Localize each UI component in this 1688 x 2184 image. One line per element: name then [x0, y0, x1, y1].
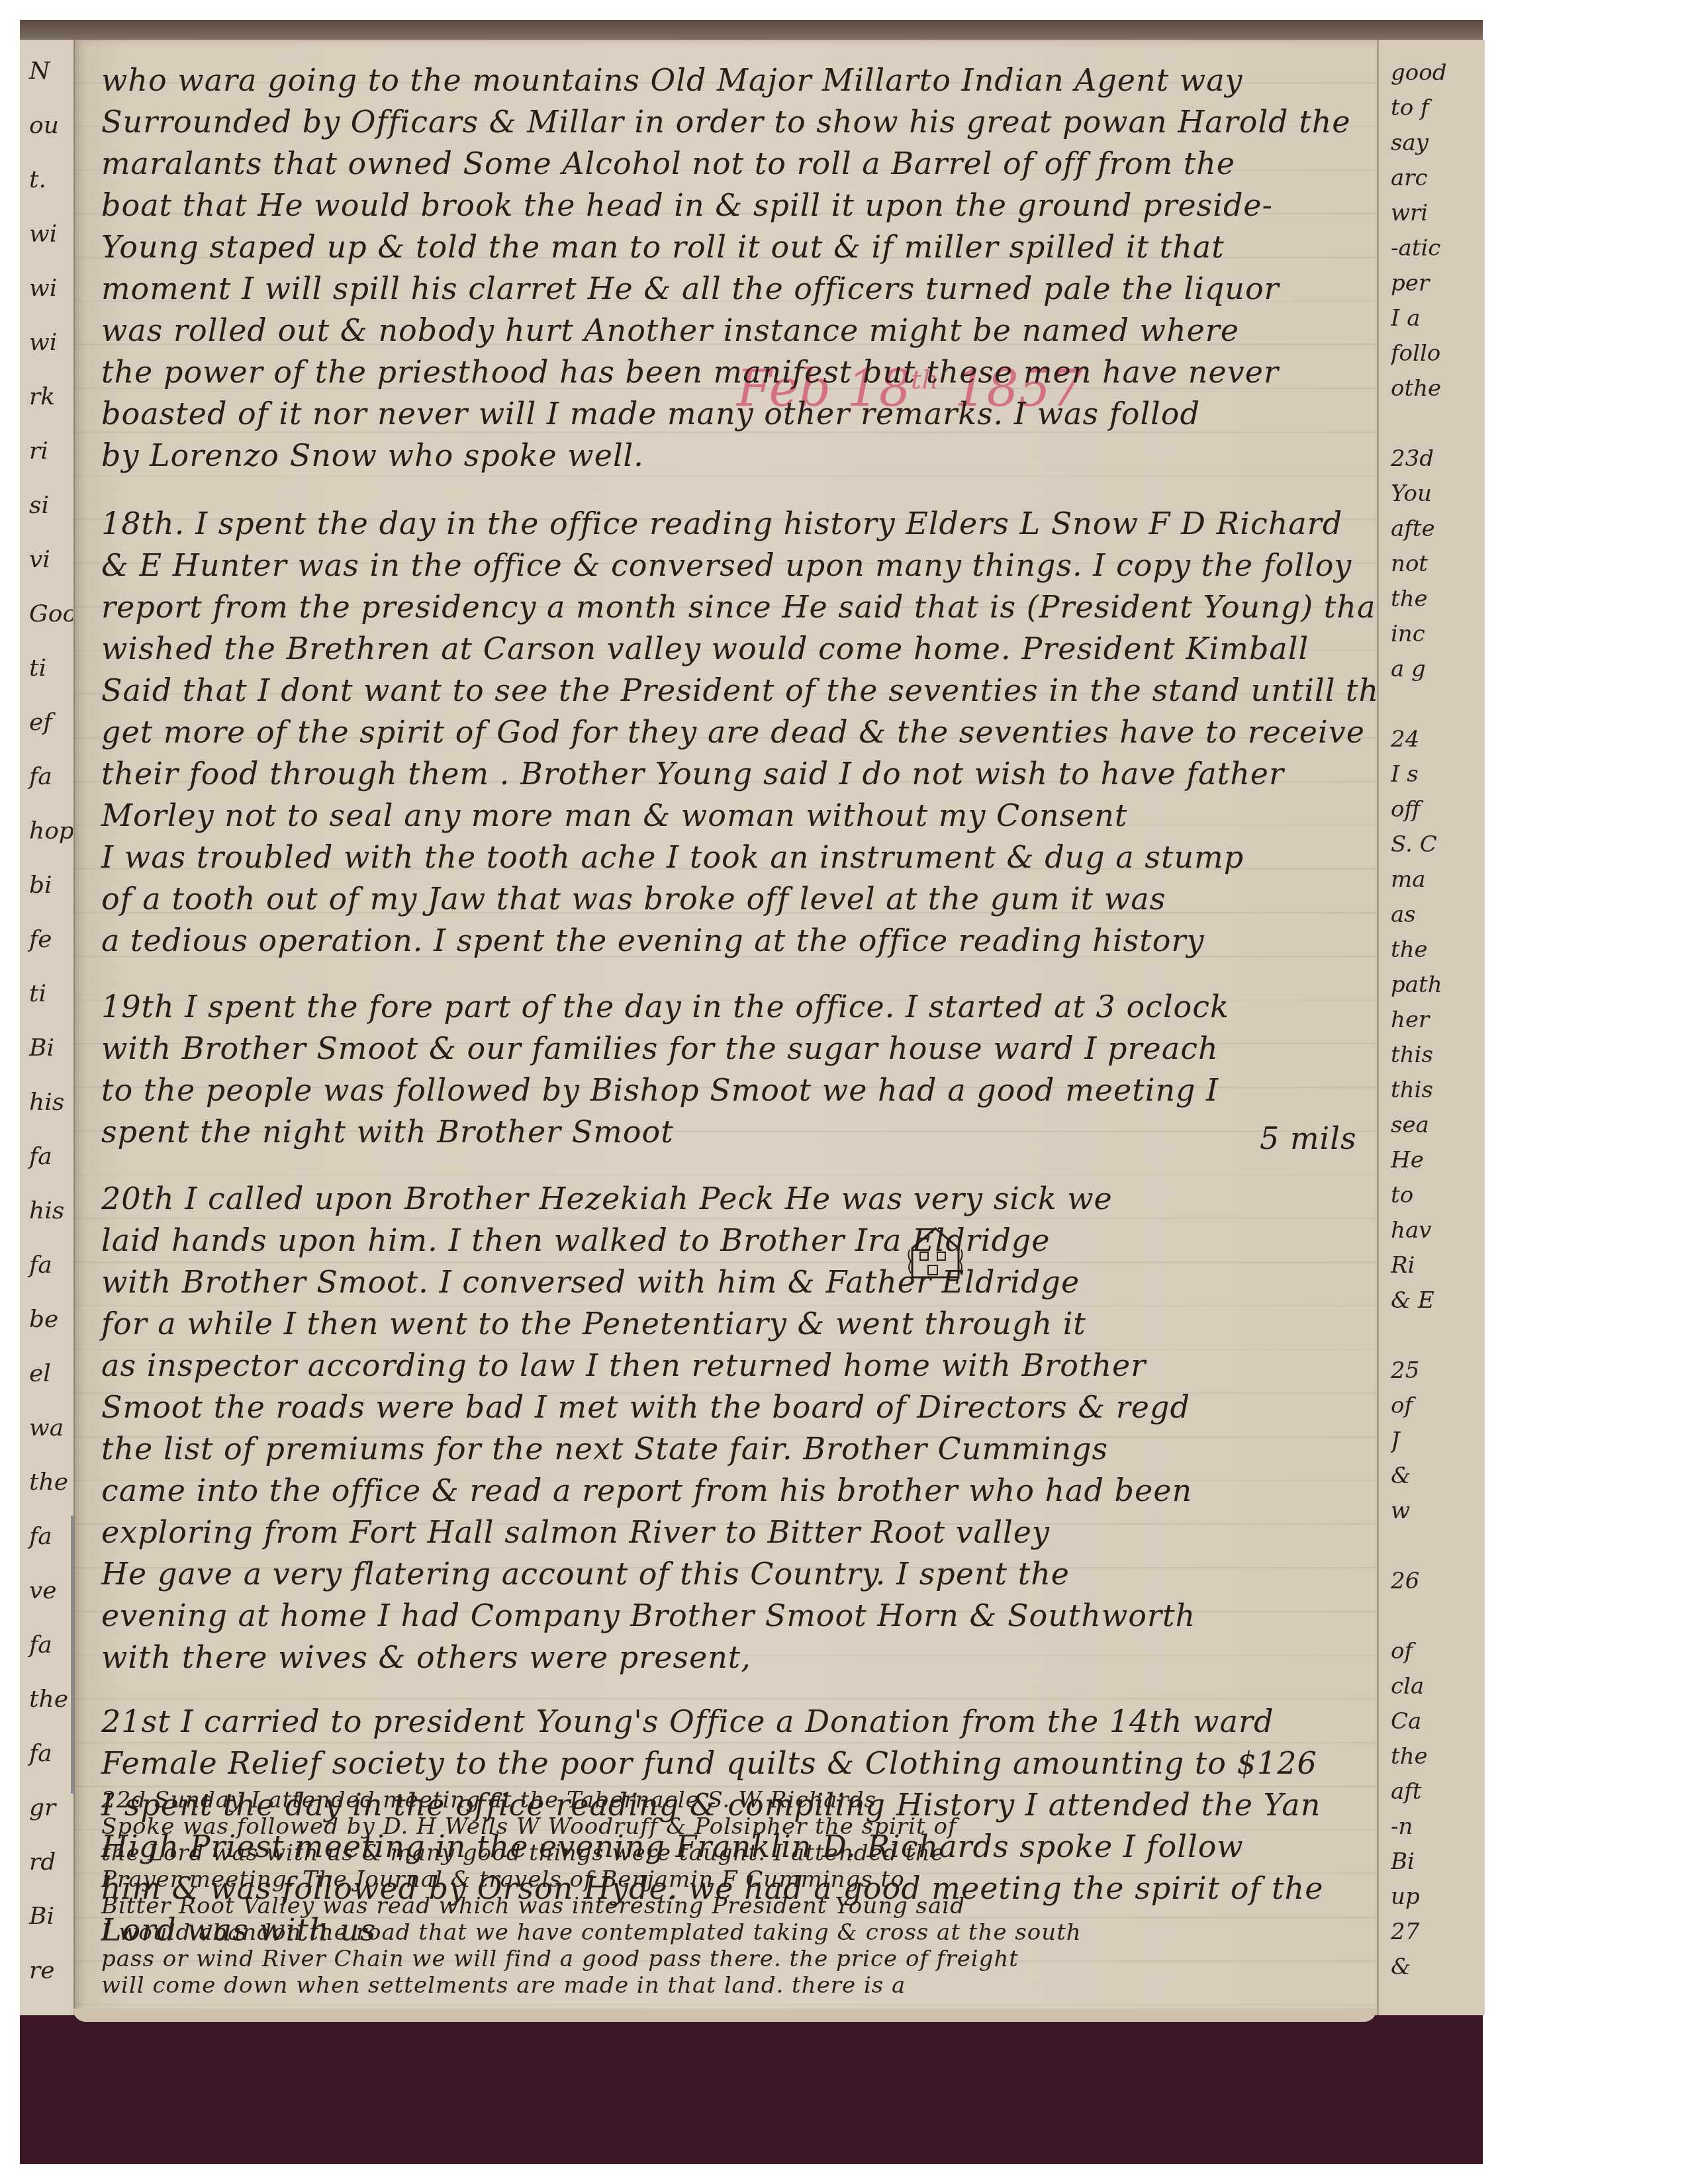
handwritten-line: Female Relief society to the poor fund q…	[101, 1745, 1317, 1781]
left-page-fragment: fa	[29, 1253, 52, 1277]
handwritten-line: I would abandon the road that we have co…	[101, 1919, 1082, 1946]
handwritten-line: Said that I dont want to see the Preside…	[101, 672, 1415, 708]
right-page-fragment: You	[1391, 480, 1483, 507]
left-page-fragment: rd	[29, 1850, 56, 1874]
right-page-fragment: the	[1391, 1743, 1483, 1770]
right-page-fragment: not	[1391, 551, 1483, 577]
right-page-fragment: this	[1391, 1042, 1483, 1068]
left-page-fragment: fa	[29, 1742, 52, 1766]
right-page-fragment: I s	[1391, 761, 1483, 788]
right-page-fragment: say	[1391, 130, 1483, 156]
handwritten-line: boasted of it nor never will I made many…	[101, 396, 1200, 432]
right-page-fragment: follo	[1391, 340, 1483, 367]
left-page-fragment: wi	[29, 222, 57, 246]
left-page-fragment: N	[29, 60, 50, 83]
handwritten-line: pass or wind River Chain we will find a …	[101, 1946, 1019, 1972]
right-page-fragment: ma	[1391, 866, 1483, 893]
left-page-fragment: fa	[29, 1525, 52, 1549]
right-page-fragment: othe	[1391, 375, 1483, 402]
left-page-fragment: re	[29, 1959, 55, 1983]
right-page-fragment: per	[1391, 270, 1483, 296]
right-page-fragment: arc	[1391, 165, 1483, 191]
handwritten-line: for a while I then went to the Penetenti…	[101, 1306, 1086, 1342]
left-page-fragment: the	[29, 1471, 68, 1494]
handwritten-line: their food through them . Brother Young …	[101, 756, 1284, 792]
left-page-fragment: t.	[29, 168, 46, 192]
handwritten-line: 22d Sunday I attended meeting at the Tab…	[101, 1787, 876, 1813]
left-page-fragment: gr	[29, 1796, 56, 1820]
left-page-strip: Nout.wiwiwirkrisiviGootieffahopbifetiBih…	[20, 40, 74, 2015]
right-page-fragment: to f	[1391, 95, 1483, 121]
handwritten-line: moment I will spill his clarret He & all…	[101, 271, 1280, 306]
handwritten-line: laid hands upon him. I then walked to Br…	[101, 1222, 1051, 1258]
right-page-fragment: 24	[1391, 726, 1483, 752]
left-page-fragment: bi	[29, 874, 52, 897]
right-page-fragment: as	[1391, 901, 1483, 928]
handwritten-line: a tedious operation. I spent the evening…	[101, 923, 1204, 958]
right-page-fragment: &	[1391, 1954, 1483, 1980]
handwritten-line: I was troubled with the tooth ache I too…	[101, 839, 1244, 875]
left-page-fragment: fa	[29, 1145, 52, 1169]
left-page-fragment: ti	[29, 982, 46, 1006]
right-page-fragment: 23d	[1391, 445, 1483, 472]
handwritten-line: who wara going to the mountains Old Majo…	[101, 62, 1243, 98]
handwritten-line: Young staped up & told the man to roll i…	[101, 229, 1225, 265]
right-page-fragment: Ri	[1391, 1252, 1483, 1279]
page-bottom-edge	[73, 2009, 1377, 2022]
right-page-fragment: inc	[1391, 621, 1483, 647]
right-page-fragment: 26	[1391, 1568, 1483, 1594]
handwritten-line: Bitter Root Valley was read which was in…	[101, 1893, 965, 1919]
right-page-fragment: sea	[1391, 1112, 1483, 1138]
handwritten-line: of a tooth out of my Jaw that was broke …	[101, 881, 1166, 917]
right-page-fragment: path	[1391, 972, 1483, 998]
handwritten-line: evening at home I had Company Brother Sm…	[101, 1598, 1196, 1633]
handwritten-line: 5 mils	[1260, 1120, 1357, 1156]
left-page-fragment: wa	[29, 1416, 64, 1440]
right-page-fragment: cla	[1391, 1673, 1483, 1700]
handwritten-line: He gave a very flatering account of this…	[101, 1556, 1070, 1592]
right-page-fragment: Bi	[1391, 1848, 1483, 1875]
left-page-fragment: Bi	[29, 1036, 54, 1060]
left-page-fragment: vi	[29, 548, 50, 572]
right-page-fragment: off	[1391, 796, 1483, 823]
right-page-strip: goodto fsayarcwri-aticperI afolloothe23d…	[1377, 40, 1485, 2015]
left-page-fragment: wi	[29, 277, 57, 300]
left-page-fragment: fa	[29, 1633, 52, 1657]
handwritten-line: with Brother Smoot & our families for th…	[101, 1030, 1219, 1066]
right-page-fragment: -atic	[1391, 235, 1483, 261]
right-page-fragment: to	[1391, 1182, 1483, 1208]
handwritten-line: Surrounded by Officars & Millar in order…	[101, 104, 1351, 140]
left-page-fragment: rk	[29, 385, 55, 409]
left-page-fragment: wi	[29, 331, 57, 355]
right-page-fragment: aft	[1391, 1778, 1483, 1805]
handwritten-line: with Brother Smoot. I conversed with him…	[101, 1264, 1080, 1300]
right-page-fragment: a g	[1391, 656, 1483, 682]
handwritten-line: came into the office & read a report fro…	[101, 1473, 1192, 1508]
handwritten-line: 20th I called upon Brother Hezekiah Peck…	[101, 1181, 1113, 1216]
handwritten-line: report from the presidency a month since…	[101, 589, 1445, 625]
left-page-fragment: the	[29, 1688, 68, 1711]
handwritten-line: spent the night with Brother Smoot	[101, 1114, 674, 1150]
left-page-fragment: hop	[29, 819, 74, 843]
right-page-fragment: this	[1391, 1077, 1483, 1103]
handwritten-line: 21st I carried to president Young's Offi…	[101, 1704, 1274, 1739]
right-page-fragment: of	[1391, 1638, 1483, 1664]
right-page-fragment: the	[1391, 586, 1483, 612]
handwritten-line: boat that He would brook the head in & s…	[101, 187, 1273, 223]
left-page-fragment: el	[29, 1362, 51, 1386]
handwritten-line: exploring from Fort Hall salmon River to…	[101, 1514, 1050, 1550]
right-page-fragment: good	[1391, 60, 1483, 86]
handwritten-line: Prayer meeting. The Journal & travels of…	[101, 1866, 905, 1893]
left-page-fragment: his	[29, 1091, 64, 1115]
right-page-fragment: 27	[1391, 1919, 1483, 1945]
right-page-fragment: wri	[1391, 200, 1483, 226]
handwritten-line: maralants that owned Some Alcohol not to…	[101, 146, 1235, 181]
handwritten-line: Spoke was followed by D. H Wells W Woodr…	[101, 1813, 957, 1840]
handwritten-line: 19th I spent the fore part of the day in…	[101, 989, 1229, 1024]
handwritten-line: was rolled out & nobody hurt Another ins…	[101, 312, 1239, 348]
handwritten-line: wished the Brethren at Carson valley wou…	[101, 631, 1309, 666]
handwritten-line: the Lord was with us & many good things …	[101, 1840, 945, 1866]
margin-bracket-mark	[71, 1516, 81, 1794]
right-page-fragment: hav	[1391, 1217, 1483, 1244]
left-page-fragment: fe	[29, 928, 52, 952]
handwritten-line: with there wives & others were present,	[101, 1639, 751, 1675]
right-page-fragment: the	[1391, 936, 1483, 963]
left-page-fragment: fa	[29, 765, 52, 789]
right-page-fragment: He	[1391, 1147, 1483, 1173]
left-page-fragment: ou	[29, 114, 59, 138]
right-page-fragment: w	[1391, 1498, 1483, 1524]
right-page-fragment: up	[1391, 1884, 1483, 1910]
left-page-fragment: ri	[29, 439, 48, 463]
handwritten-line: get more of the spirit of God for they a…	[101, 714, 1365, 750]
right-page-fragment: Ca	[1391, 1708, 1483, 1735]
journal-page: Feb 18th 1857 who wara going to the moun…	[73, 40, 1379, 2015]
left-page-fragment: ef	[29, 711, 52, 735]
handwritten-line: Morley not to seal any more man & woman …	[101, 797, 1127, 833]
left-page-fragment: Bi	[29, 1905, 54, 1929]
handwritten-line: by Lorenzo Snow who spoke well.	[101, 437, 644, 473]
handwritten-line: & E Hunter was in the office & conversed…	[101, 547, 1352, 583]
right-page-fragment: her	[1391, 1007, 1483, 1033]
handwritten-line: 18th. I spent the day in the office read…	[101, 506, 1342, 541]
right-page-fragment: -n	[1391, 1813, 1483, 1840]
handwritten-line: will come down when settelments are made…	[101, 1972, 906, 1999]
right-page-fragment: of	[1391, 1392, 1483, 1419]
left-page-fragment: his	[29, 1199, 64, 1223]
handwritten-line: the list of premiums for the next State …	[101, 1431, 1108, 1467]
right-page-fragment: J	[1391, 1428, 1483, 1454]
handwritten-line: to the people was followed by Bishop Smo…	[101, 1072, 1219, 1108]
right-page-fragment: 25	[1391, 1357, 1483, 1384]
left-page-fragment: be	[29, 1308, 58, 1332]
left-page-fragment: Goo	[29, 602, 77, 626]
right-page-fragment: I a	[1391, 305, 1483, 332]
right-page-fragment: & E	[1391, 1287, 1483, 1314]
right-page-fragment: afte	[1391, 516, 1483, 542]
handwritten-line: the power of the priesthood has been man…	[101, 354, 1279, 390]
right-page-fragment: S. C	[1391, 831, 1483, 858]
left-page-fragment: ti	[29, 657, 46, 680]
handwritten-line: as inspector according to law I then ret…	[101, 1347, 1146, 1383]
right-page-fragment: &	[1391, 1463, 1483, 1489]
handwritten-line: Smoot the roads were bad I met with the …	[101, 1389, 1190, 1425]
left-page-fragment: ve	[29, 1579, 57, 1603]
left-page-fragment: si	[29, 494, 49, 518]
